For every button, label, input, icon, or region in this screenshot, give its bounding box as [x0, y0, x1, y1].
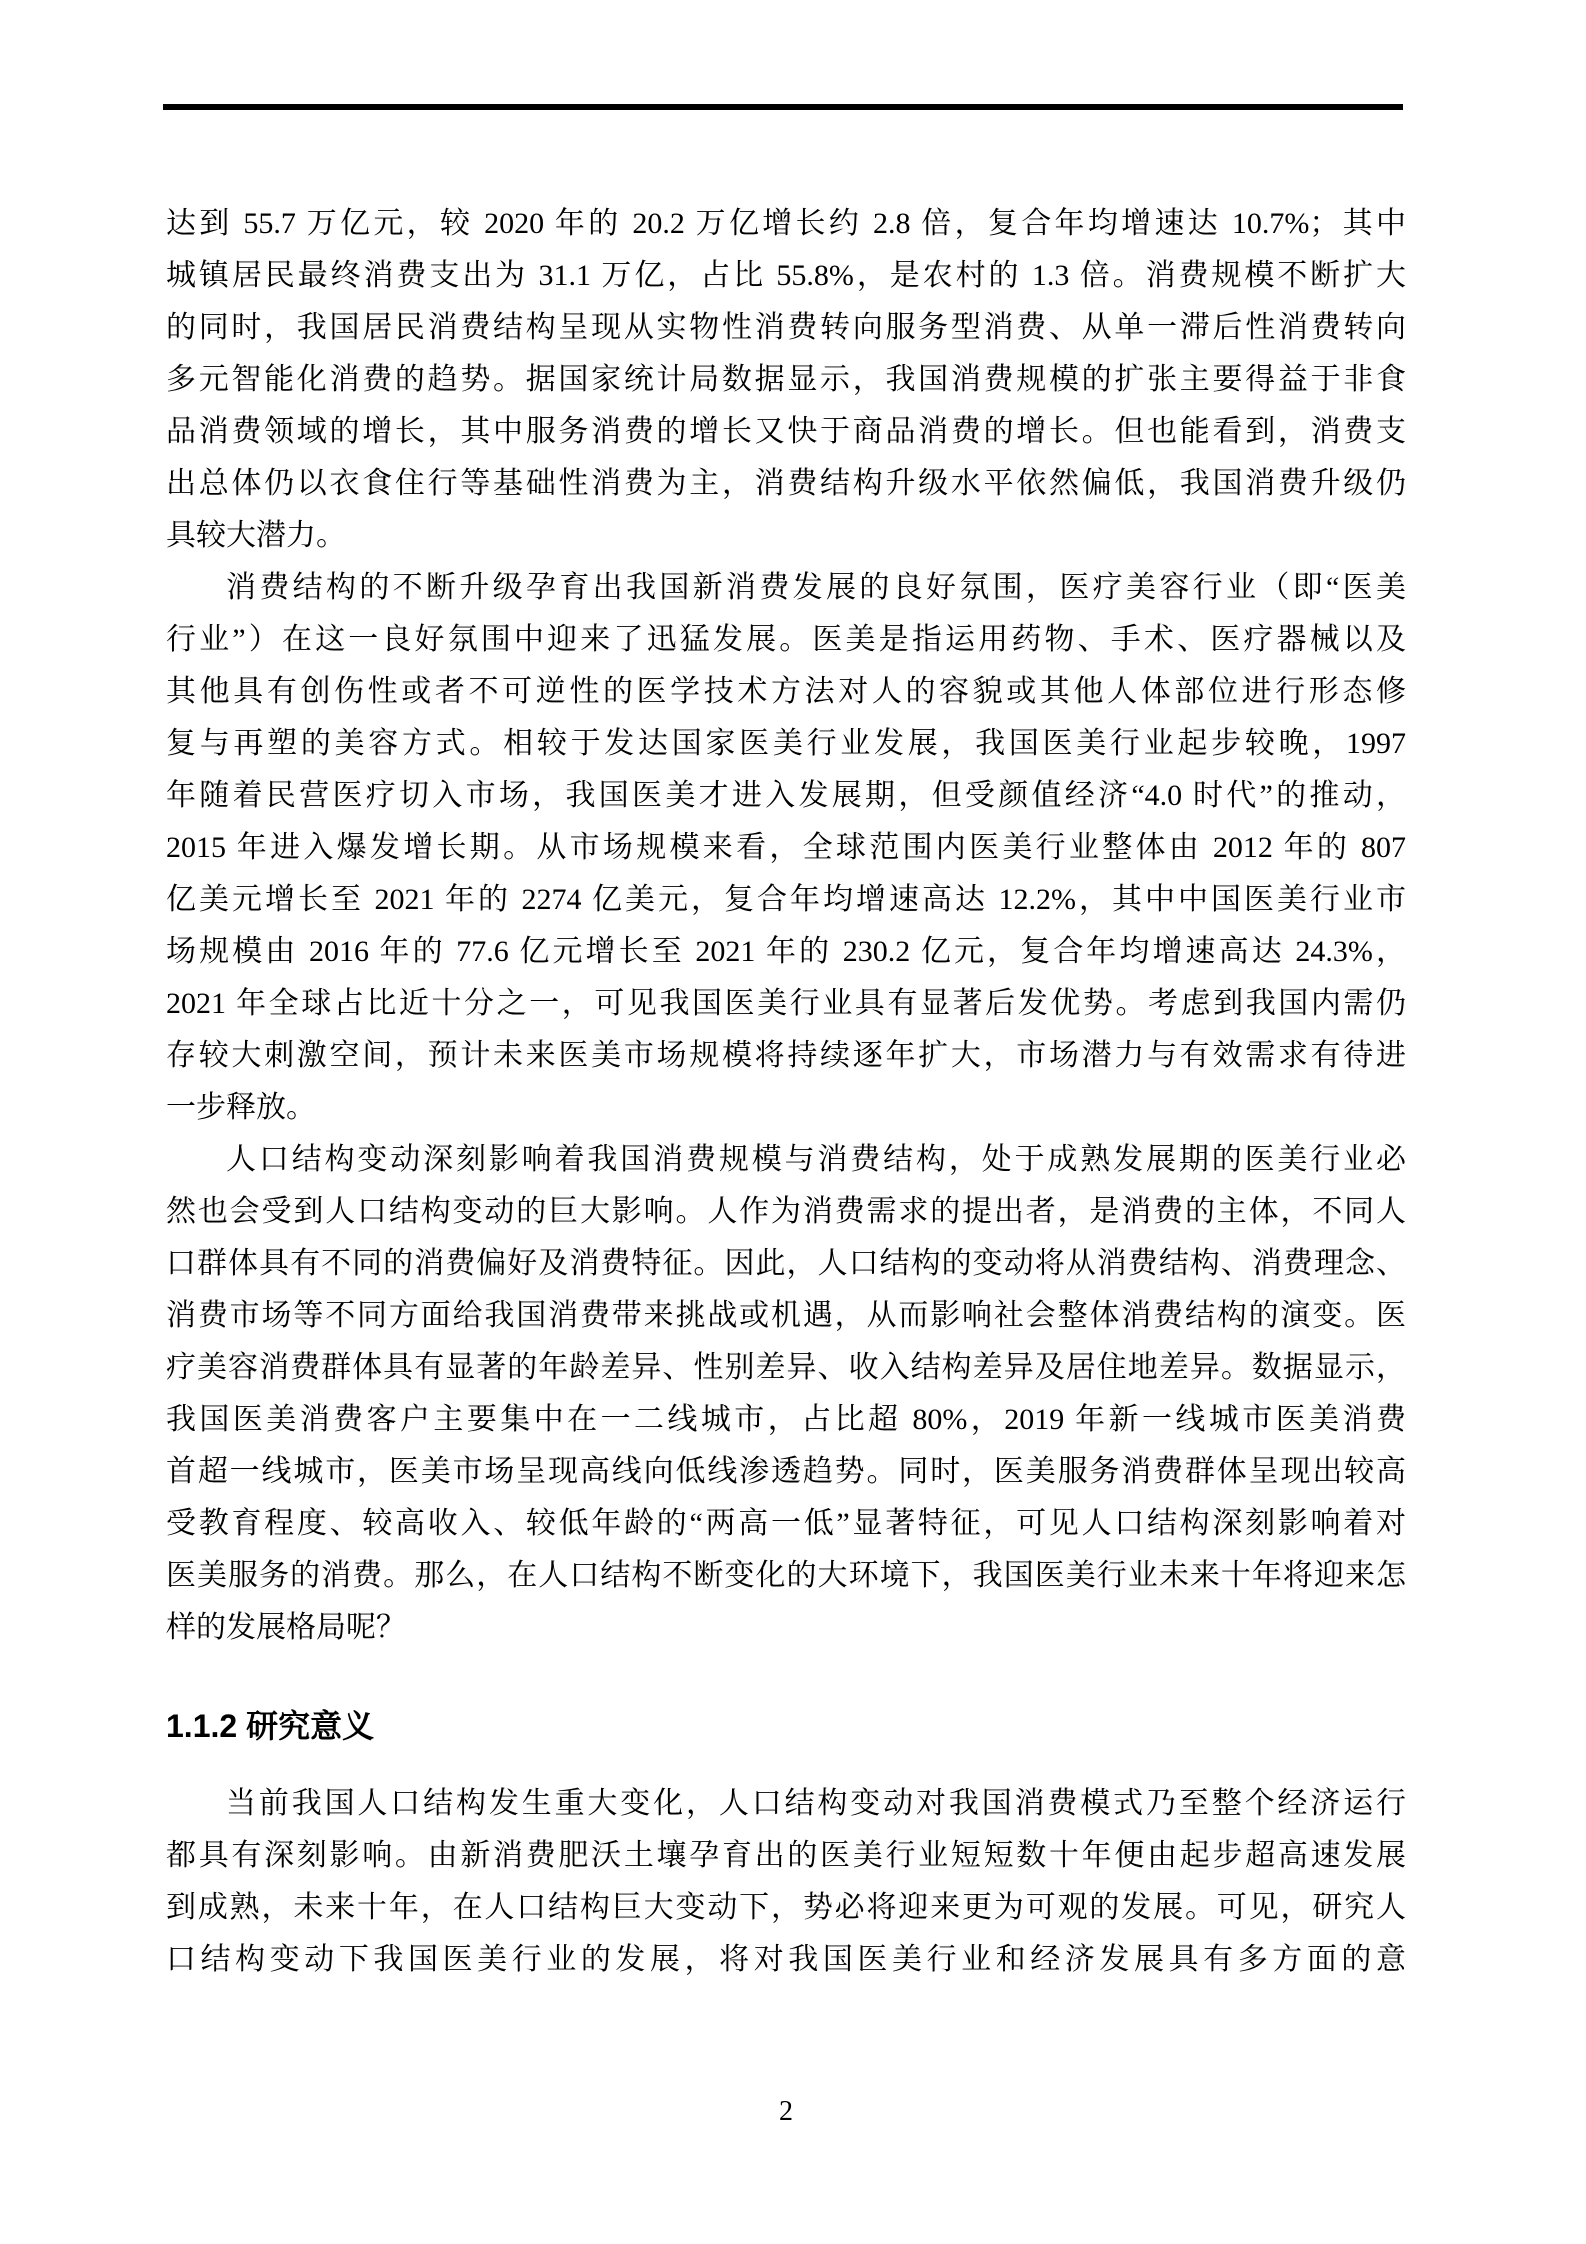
paragraph: 人口结构变动深刻影响着我国消费规模与消费结构，处于成熟发展期的医美行业必然也会受… [166, 1134, 1406, 1654]
paragraph: 消费结构的不断升级孕育出我国新消费发展的良好氛围，医疗美容行业（即“医美行业”）… [166, 562, 1406, 1134]
text-line: 样的发展格局呢？ [166, 1602, 1406, 1654]
text-line: 然也会受到人口结构变动的巨大影响。人作为消费需求的提出者，是消费的主体，不同人 [166, 1186, 1406, 1238]
text-line: 消费结构的不断升级孕育出我国新消费发展的良好氛围，医疗美容行业（即“医美 [166, 562, 1406, 614]
page-footer: 2 [166, 2092, 1406, 2132]
text-line: 亿美元增长至 2021 年的 2274 亿美元，复合年均增速高达 12.2%，其… [166, 874, 1406, 926]
text-line: 场规模由 2016 年的 77.6 亿元增长至 2021 年的 230.2 亿元… [166, 926, 1406, 978]
text-line: 到成熟，未来十年，在人口结构巨大变动下，势必将迎来更为可观的发展。可见，研究人 [166, 1882, 1406, 1934]
text-line: 具较大潜力。 [166, 510, 1406, 562]
text-line: 2015 年进入爆发增长期。从市场规模来看，全球范围内医美行业整体由 2012 … [166, 822, 1406, 874]
text-line: 都具有深刻影响。由新消费肥沃土壤孕育出的医美行业短短数十年便由起步超高速发展 [166, 1830, 1406, 1882]
text-line: 首超一线城市，医美市场呈现高线向低线渗透趋势。同时，医美服务消费群体呈现出较高 [166, 1446, 1406, 1498]
text-line: 当前我国人口结构发生重大变化，人口结构变动对我国消费模式乃至整个经济运行 [166, 1778, 1406, 1830]
paragraph: 当前我国人口结构发生重大变化，人口结构变动对我国消费模式乃至整个经济运行都具有深… [166, 1778, 1406, 1986]
text-line: 复与再塑的美容方式。相较于发达国家医美行业发展，我国医美行业起步较晚，1997 [166, 718, 1406, 770]
text-line: 口结构变动下我国医美行业的发展，将对我国医美行业和经济发展具有多方面的意 [166, 1934, 1406, 1986]
text-line: 年随着民营医疗切入市场，我国医美才进入发展期，但受颜值经济“4.0 时代”的推动… [166, 770, 1406, 822]
text-line: 城镇居民最终消费支出为 31.1 万亿，占比 55.8%，是农村的 1.3 倍。… [166, 250, 1406, 302]
text-line: 口群体具有不同的消费偏好及消费特征。因此，人口结构的变动将从消费结构、消费理念、 [166, 1238, 1406, 1290]
paragraph: 达到 55.7 万亿元，较 2020 年的 20.2 万亿增长约 2.8 倍，复… [166, 198, 1406, 562]
page-number: 2 [779, 2092, 793, 2132]
document-page: 达到 55.7 万亿元，较 2020 年的 20.2 万亿增长约 2.8 倍，复… [0, 0, 1586, 2244]
text-line: 医美服务的消费。那么，在人口结构不断变化的大环境下，我国医美行业未来十年将迎来怎 [166, 1550, 1406, 1602]
text-line: 消费市场等不同方面给我国消费带来挑战或机遇，从而影响社会整体消费结构的演变。医 [166, 1290, 1406, 1342]
text-line: 品消费领域的增长，其中服务消费的增长又快于商品消费的增长。但也能看到，消费支 [166, 406, 1406, 458]
text-line: 行业”）在这一良好氛围中迎来了迅猛发展。医美是指运用药物、手术、医疗器械以及 [166, 614, 1406, 666]
text-line: 其他具有创伤性或者不可逆性的医学技术方法对人的容貌或其他人体部位进行形态修 [166, 666, 1406, 718]
text-line: 存较大刺激空间，预计未来医美市场规模将持续逐年扩大，市场潜力与有效需求有待进 [166, 1030, 1406, 1082]
text-line: 达到 55.7 万亿元，较 2020 年的 20.2 万亿增长约 2.8 倍，复… [166, 198, 1406, 250]
text-line: 人口结构变动深刻影响着我国消费规模与消费结构，处于成熟发展期的医美行业必 [166, 1134, 1406, 1186]
section-heading: 1.1.2 研究意义 [166, 1700, 1406, 1752]
text-line: 疗美容消费群体具有显著的年龄差异、性别差异、收入结构差异及居住地差异。数据显示， [166, 1342, 1406, 1394]
text-line: 我国医美消费客户主要集中在一二线城市，占比超 80%，2019 年新一线城市医美… [166, 1394, 1406, 1446]
text-line: 的同时，我国居民消费结构呈现从实物性消费转向服务型消费、从单一滞后性消费转向 [166, 302, 1406, 354]
page-body: 达到 55.7 万亿元，较 2020 年的 20.2 万亿增长约 2.8 倍，复… [166, 198, 1406, 1986]
text-line: 多元智能化消费的趋势。据国家统计局数据显示，我国消费规模的扩张主要得益于非食 [166, 354, 1406, 406]
text-line: 一步释放。 [166, 1082, 1406, 1134]
text-line: 受教育程度、较高收入、较低年龄的“两高一低”显著特征，可见人口结构深刻影响着对 [166, 1498, 1406, 1550]
text-line: 2021 年全球占比近十分之一，可见我国医美行业具有显著后发优势。考虑到我国内需… [166, 978, 1406, 1030]
text-line: 出总体仍以衣食住行等基础性消费为主，消费结构升级水平依然偏低，我国消费升级仍 [166, 458, 1406, 510]
header-rule [163, 104, 1403, 110]
